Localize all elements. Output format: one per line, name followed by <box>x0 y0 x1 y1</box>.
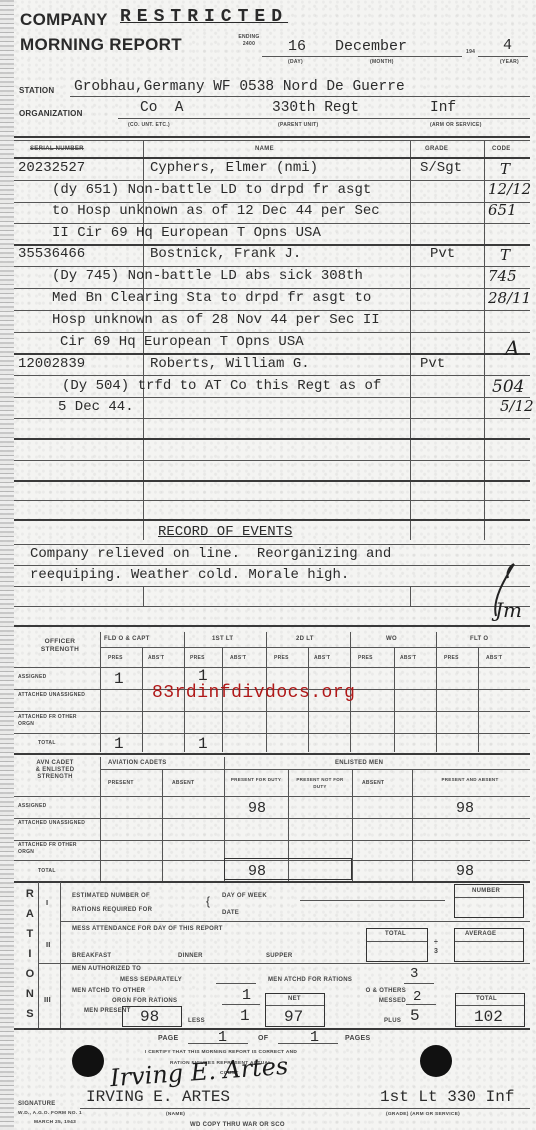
handwritten-annotation: 745 <box>488 267 517 285</box>
remark-line: Med Bn Clearing Sta to drpd fr asgt to <box>52 290 371 306</box>
page-label: PAGE <box>158 1035 179 1042</box>
remark-line: Hosp unknown as of 28 Nov 44 per Sec II <box>52 312 380 328</box>
plus-label: PLUS <box>384 1018 401 1024</box>
subcol-abst: ABS'T <box>230 655 246 661</box>
column-serial-number: SERIAL NUMBER <box>30 146 84 152</box>
mess-separately-label: MESS SEPARATELY <box>120 977 182 983</box>
signer-name: IRVING E. ARTES <box>86 1088 230 1106</box>
form-number: W.D., A.G.O. FORM NO. 1 <box>18 1111 82 1116</box>
page-number: 1 <box>218 1029 227 1046</box>
column-grade: GRADE <box>425 146 448 152</box>
enlisted-total-present-absent: 98 <box>456 863 474 880</box>
row-label-attached-unassigned: ATTACHED UNASSIGNED <box>18 820 93 827</box>
page-total: 1 <box>310 1029 319 1046</box>
rations-side-label: RATIONS <box>24 884 36 1024</box>
routing-text: WD COPY THRU WAR OR SCO <box>190 1122 285 1128</box>
column-name: NAME <box>255 146 274 152</box>
station-value: Grobhau,Germany WF 0538 Nord De Guerre <box>74 79 405 95</box>
org-unit: Co A <box>140 100 184 116</box>
net-label: NET <box>288 996 301 1002</box>
grade: Pvt <box>420 356 445 372</box>
orgn-for-rations-label: ORGN FOR RATIONS <box>112 998 177 1004</box>
initials-stroke-icon <box>478 560 518 620</box>
report-month: December <box>335 38 407 55</box>
subcol-pres: PRES <box>190 655 205 661</box>
watermark: 83rdinfdivdocs.org <box>152 683 355 703</box>
subcol-present-not-for-duty: PRESENT NOT FOR DUTY <box>293 776 347 790</box>
men-atchd-other-value: 1 <box>242 987 251 1004</box>
remark-line: (Dy 504) trfd to AT Co this Regt as of <box>62 378 381 394</box>
org-unit-caption: (CO. UNT. ETC.) <box>128 122 170 128</box>
name-caption: (NAME) <box>166 1112 185 1117</box>
group-2d-lt: 2D LT <box>296 636 314 642</box>
handwritten-annotation: 651 <box>488 201 517 219</box>
org-parent-caption: (PARENT UNIT) <box>278 122 318 128</box>
org-parent: 330th Regt <box>272 100 359 116</box>
enlisted-total-present-duty: 98 <box>248 863 266 880</box>
record-of-events-line: Company relieved on line. Reorganizing a… <box>30 546 391 562</box>
subcol-present: PRESENT <box>108 780 134 786</box>
remark-line: 5 Dec 44. <box>58 399 134 415</box>
form-title-company: COMPANY <box>20 10 108 30</box>
soldier-name: Bostnick, Frank J. <box>150 246 301 262</box>
officer-total-1lt-pres: 1 <box>198 735 208 753</box>
subcol-absent: ABSENT <box>172 780 194 786</box>
group-flt-o: FLT O <box>470 636 488 642</box>
estimated-rations-label: ESTIMATED NUMBER OF <box>72 893 150 899</box>
subcol-abst: ABS'T <box>314 655 330 661</box>
group-wo: WO <box>386 636 397 642</box>
ending-label: ENDING 2400 <box>236 34 262 48</box>
total-label: TOTAL <box>385 931 406 937</box>
group-fld-o-capt: FLD O & CAPT <box>104 636 150 642</box>
remark-line: to Hosp unknown as of 12 Dec 44 per Sec <box>52 203 380 219</box>
serial-number: 35536466 <box>18 246 85 262</box>
enlisted-assigned-present-absent: 98 <box>456 800 474 817</box>
punch-hole-icon <box>72 1045 104 1077</box>
net-value: 97 <box>284 1008 303 1026</box>
org-arm: Inf <box>430 100 456 116</box>
men-authorized-label: MEN AUTHORIZED TO <box>72 966 141 972</box>
subcol-abst: ABS'T <box>148 655 164 661</box>
subcol-absent: ABSENT <box>362 780 384 786</box>
code: A <box>505 336 519 360</box>
men-present-value: 98 <box>140 1008 159 1026</box>
section-i-numeral: I <box>46 898 48 907</box>
less-value: 1 <box>240 1007 250 1025</box>
report-day: 16 <box>288 38 306 55</box>
record-of-events-heading: RECORD OF EVENTS <box>158 524 292 540</box>
group-1st-lt: 1ST LT <box>212 636 233 642</box>
handwritten-signature: Irving E. Artes <box>109 1052 289 1092</box>
subcol-pres: PRES <box>358 655 373 661</box>
subcol-present-and-absent: PRESENT AND ABSENT <box>430 776 510 783</box>
officer-strength-title: OFFICER <box>30 638 90 646</box>
officer-total-capt-pres: 1 <box>114 735 124 753</box>
subcol-pres: PRES <box>444 655 459 661</box>
enlisted-strength-title: AVN CADET <box>20 760 90 767</box>
remark-line: (Dy 745) Non-battle LD abs sick 308th <box>52 268 363 284</box>
remark-line: Cir 69 Hq European T Opns USA <box>60 334 304 350</box>
others-messed-label: O & OTHERS <box>340 988 406 994</box>
subcol-abst: ABS'T <box>486 655 502 661</box>
supper-label: SUPPER <box>266 953 292 959</box>
mess-attendance-label: MESS ATTENDANCE FOR DAY OF THIS REPORT <box>72 926 223 932</box>
station-label: STATION <box>19 86 54 95</box>
enlisted-strength-title: & ENLISTED <box>20 767 90 774</box>
remark-line: II Cir 69 Hq European T Opns USA <box>52 225 321 241</box>
scan-edge <box>0 0 14 1130</box>
enlisted-assigned-present-duty: 98 <box>248 800 266 817</box>
serial-number: 20232527 <box>18 160 85 176</box>
men-atchd-other-label: MEN ATCHD TO OTHER <box>72 988 145 994</box>
code: T <box>500 246 510 264</box>
serial-number: 12002839 <box>18 356 85 372</box>
handwritten-annotation: 5/12 <box>500 397 534 415</box>
morning-report-page: COMPANY RESTRICTED MORNING REPORT ENDING… <box>0 0 536 1130</box>
year-prefix: 194 <box>466 49 475 55</box>
pages-label: PAGES <box>345 1035 371 1042</box>
officer-strength-title: STRENGTH <box>30 646 90 654</box>
men-atchd-for-rations-value: 3 <box>410 966 418 982</box>
report-year-digit: 4 <box>503 37 512 54</box>
men-atchd-for-rations-label: MEN ATCHD FOR RATIONS <box>268 977 352 983</box>
handwritten-annotation: 12/12 <box>488 180 531 198</box>
day-of-week-label: DAY OF WEEK <box>222 893 267 899</box>
organization-label: ORGANIZATION <box>19 109 83 118</box>
row-label-attached-other: ATTACHED FR OTHER ORGN <box>18 842 93 856</box>
messed-label: MESSED <box>340 998 406 1004</box>
subcol-present-for-duty: PRESENT FOR DUTY <box>230 776 282 783</box>
signer-grade: 1st Lt 330 Inf <box>380 1088 514 1106</box>
less-label: LESS <box>188 1018 205 1024</box>
row-label-total: TOTAL <box>38 868 56 874</box>
remark-line: (dy 651) Non-battle LD to drpd fr asgt <box>52 182 371 198</box>
code: T <box>500 160 510 178</box>
enlisted-strength-title: STRENGTH <box>20 774 90 781</box>
punch-hole-icon <box>420 1045 452 1077</box>
rations-total-value: 102 <box>474 1008 503 1026</box>
section-iii-numeral: III <box>44 995 51 1004</box>
grade: Pvt <box>430 246 455 262</box>
row-label-assigned: ASSIGNED <box>18 674 47 680</box>
subcol-pres: PRES <box>108 655 123 661</box>
divide-by-three: ÷ 3 <box>434 938 442 956</box>
signature-label: SIGNATURE <box>18 1101 56 1107</box>
soldier-name: Cyphers, Elmer (nmi) <box>150 160 318 176</box>
day-caption: (DAY) <box>288 59 303 65</box>
group-aviation-cadets: AVIATION CADETS <box>108 760 167 766</box>
row-label-attached-other: ATTACHED FR OTHER ORGN <box>18 714 93 728</box>
column-code: CODE <box>492 146 511 152</box>
grade-caption: (GRADE) (ARM OR SERVICE) <box>386 1112 460 1117</box>
number-label: NUMBER <box>472 888 500 894</box>
others-messed-value: 2 <box>413 989 421 1005</box>
year-caption: (YEAR) <box>500 59 519 65</box>
form-title-morning-report: MORNING REPORT <box>20 35 182 55</box>
handwritten-annotation: 504 <box>492 377 524 397</box>
month-caption: (MONTH) <box>370 59 394 65</box>
group-enlisted-men: ENLISTED MEN <box>335 760 383 766</box>
row-label-attached-unassigned: ATTACHED UNASSIGNED <box>18 692 93 699</box>
estimated-rations-label: RATIONS REQUIRED FOR <box>72 907 152 913</box>
plus-value: 5 <box>410 1007 420 1025</box>
soldier-name: Roberts, William G. <box>150 356 310 372</box>
of-label: OF <box>258 1035 268 1042</box>
form-date: MARCH 25, 1943 <box>34 1120 76 1125</box>
date-label: DATE <box>222 910 239 916</box>
classification-stamp: RESTRICTED <box>120 7 288 27</box>
average-label: AVERAGE <box>465 931 496 937</box>
row-label-total: TOTAL <box>38 740 56 746</box>
dinner-label: DINNER <box>178 953 203 959</box>
subcol-pres: PRES <box>274 655 289 661</box>
grade: S/Sgt <box>420 160 462 176</box>
row-label-assigned: ASSIGNED <box>18 803 47 809</box>
breakfast-label: BREAKFAST <box>72 953 111 959</box>
subcol-abst: ABS'T <box>400 655 416 661</box>
section-ii-numeral: II <box>46 940 51 949</box>
officer-assigned-capt-pres: 1 <box>114 670 124 688</box>
total-label: TOTAL <box>476 996 497 1002</box>
record-of-events-line: reequiping. Weather cold. Morale high. <box>30 567 349 583</box>
org-arm-caption: (ARM OR SERVICE) <box>430 122 482 128</box>
handwritten-annotation: 28/11 <box>488 289 531 307</box>
